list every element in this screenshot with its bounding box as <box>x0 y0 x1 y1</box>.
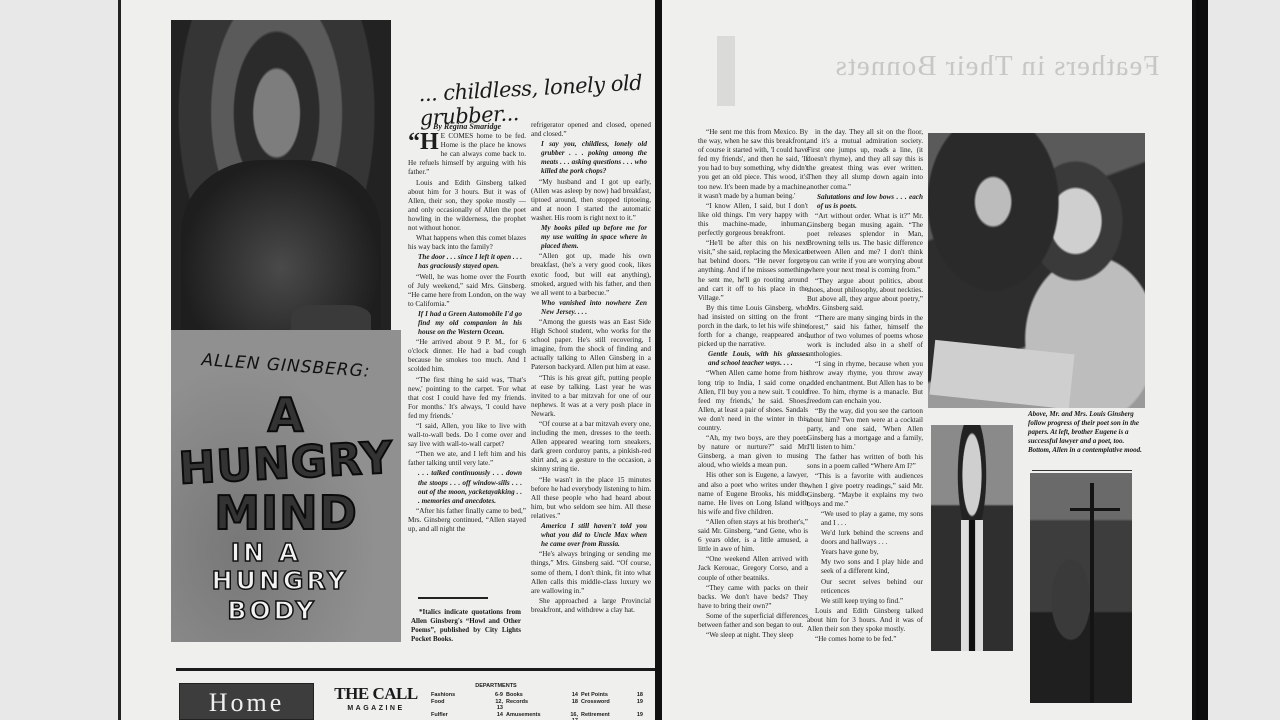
paragraph: “I said, Allen, you like to live with wa… <box>408 422 526 449</box>
paragraph: refrigerator opened and closed, opened a… <box>531 121 651 139</box>
paragraph: “He'll be after this on his next visit,”… <box>698 239 808 303</box>
bleed-through-title: Feathers in Their Bonnets <box>782 50 1196 83</box>
eugene-brooks-photo <box>931 425 1013 651</box>
poem-line: “We used to play a game, my sons and I .… <box>807 510 923 528</box>
sign-line-a: A <box>171 392 401 438</box>
poem-quote: My books piled up before me for my use w… <box>531 224 651 251</box>
paragraph: “After his father finally came to bed,” … <box>408 507 526 534</box>
masthead-rule <box>176 668 658 671</box>
home-section-box: Home <box>179 683 314 720</box>
paragraph: “He comes home to be fed.” <box>807 635 923 644</box>
paragraph: “He wasn't in the place 15 minutes befor… <box>531 476 651 521</box>
poem-quote: Salutations and low bows . . . each of u… <box>807 193 923 211</box>
bleed-through-block <box>717 36 735 106</box>
department-name: Retirement <box>581 712 631 720</box>
paragraph: “We sleep at night. They sleep <box>698 631 808 640</box>
paragraph: The father has written of both his sons … <box>807 453 923 471</box>
department-name: Crossword <box>581 699 631 711</box>
poem-quote: I say you, childless, lonely old grubber… <box>531 140 651 176</box>
paragraph: “When Allen came home from his long trip… <box>698 369 808 433</box>
poem-line: We still keep trying to find.” <box>807 597 923 606</box>
article-column-1: By Regina Smaridge “HE COMES home to be … <box>408 122 526 535</box>
home-label: Home <box>180 684 313 720</box>
departments-index: Fashions 6-9 Books 14 Pet Points 18 Food… <box>431 692 646 720</box>
poem-quote: Who vanished into nowhere Zen New Jersey… <box>531 299 651 317</box>
paragraph: “The first thing he said was, 'That's ne… <box>408 376 526 421</box>
paragraph: She approached a large Provincial breakf… <box>531 597 651 615</box>
paragraph: “By the way, did you see the cartoon abo… <box>807 407 923 452</box>
scan-border-right <box>1196 0 1208 720</box>
pole-shape <box>1090 483 1094 703</box>
magazine-title: THE CALL <box>331 684 421 704</box>
paragraph: “Allen got up, made his own breakfast, (… <box>531 252 651 297</box>
department-pages: 19 <box>631 712 646 720</box>
paragraph: “They argue about politics, about shoes,… <box>807 277 923 313</box>
newspaper-page-left: ALLEN GINSBERG: A HUNGRY MIND IN A HUNGR… <box>118 0 658 720</box>
paragraph: Louis and Edith Ginsberg talked about hi… <box>408 179 526 234</box>
sign-line-in-a: IN A <box>151 540 381 565</box>
newspaper-in-photo <box>930 340 1075 408</box>
shirt-tie-shape <box>961 520 983 651</box>
department-name: Records <box>506 699 566 711</box>
sign-line-hungry: HUNGRY <box>170 436 402 492</box>
paragraph: His other son is Eugene, a lawyer, and a… <box>698 471 808 516</box>
department-pages: 18 <box>631 692 646 698</box>
drop-cap: “H <box>408 132 439 152</box>
article-column-3: “He sent me this from Mexico. By the way… <box>698 128 808 641</box>
parents-photo <box>928 133 1145 408</box>
paragraph: “I sing in rhyme, because when you throw… <box>807 360 923 405</box>
crossbar-shape <box>1070 508 1120 511</box>
department-name: Fashions <box>431 692 491 698</box>
caption-rule <box>1032 470 1132 471</box>
poem-quote: If I had a Green Automobile I'd go find … <box>408 310 526 337</box>
poem-quote: America I still haven't told you what yo… <box>531 522 651 549</box>
paragraph: “This is a favorite with audiences when … <box>807 472 923 508</box>
paragraph: “He sent me this from Mexico. By the way… <box>698 128 808 201</box>
paragraph: “Of course at a bar mitzvah every one, i… <box>531 420 651 475</box>
hungry-mind-sign: ALLEN GINSBERG: A HUNGRY MIND IN A HUNGR… <box>171 330 401 642</box>
paragraph: Louis and Edith Ginsberg talked about hi… <box>807 607 923 634</box>
paragraph: “This is his great gift, putting people … <box>531 374 651 419</box>
paragraph: “Among the guests was an East Side High … <box>531 318 651 373</box>
magazine-subtitle: MAGAZINE <box>331 705 421 712</box>
sign-line-body: BODY <box>157 598 387 623</box>
department-pages: 19 <box>631 699 646 711</box>
sign-line-mind: MIND <box>171 490 401 536</box>
photo-caption: Above, Mr. and Mrs. Louis Ginsberg follo… <box>1028 410 1144 455</box>
department-name: Amusements <box>506 712 566 720</box>
lead-paragraph: “HE COMES home to be fed. Home is the pl… <box>408 132 526 177</box>
departments-heading: DEPARTMENTS <box>451 683 541 689</box>
paragraph: “Allen often stays at his brother's,” sa… <box>698 518 808 554</box>
sign-name: ALLEN GINSBERG: <box>171 348 402 384</box>
paragraph: “Well, he was home over the Fourth of Ju… <box>408 273 526 309</box>
department-pages: 14 <box>566 692 581 698</box>
sign-line-hungry-2: HUNGRY <box>165 568 395 593</box>
paragraph: “My husband and I got up early, (Allen w… <box>531 178 651 223</box>
italics-footnote: *Italics indicate quotations from Allen … <box>411 608 521 644</box>
document-viewer: ALLEN GINSBERG: A HUNGRY MIND IN A HUNGR… <box>0 0 1280 720</box>
paragraph: “I know Allen, I said, but I don't like … <box>698 202 808 238</box>
poem-quote: Gentle Louis, with his glasses and schoo… <box>698 350 808 368</box>
department-name: Fulfler <box>431 712 491 720</box>
paragraph: “They came with packs on their backs. We… <box>698 584 808 611</box>
paragraph: Some of the superficial differences betw… <box>698 612 808 630</box>
paragraph: What happens when this comet blazes his … <box>408 234 526 252</box>
paragraph: “He arrived about 9 P. M., for 6 o'clock… <box>408 338 526 374</box>
department-pages: 14 <box>491 712 506 720</box>
poem-quote: . . . talked continuously . . . down the… <box>408 469 526 505</box>
paragraph: “Then we ate, and I left him and his fat… <box>408 450 526 468</box>
department-name: Food <box>431 699 491 711</box>
department-pages: 16, 17 <box>566 712 581 720</box>
column-divider <box>418 597 488 599</box>
department-pages: 18 <box>566 699 581 711</box>
department-pages: 6-9 <box>491 692 506 698</box>
department-name: Pet Points <box>581 692 631 698</box>
paragraph: “There are many singing birds in the for… <box>807 314 923 359</box>
paragraph: “He's always bringing or sending me thin… <box>531 550 651 595</box>
paragraph: “Ah, my two boys, are they poets by natu… <box>698 434 808 470</box>
article-column-2: refrigerator opened and closed, opened a… <box>531 121 651 616</box>
allen-ginsberg-photo <box>171 20 391 330</box>
hands-shape <box>291 305 371 330</box>
newspaper-page-right: Feathers in Their Bonnets “He sent me th… <box>662 0 1196 720</box>
department-name: Books <box>506 692 566 698</box>
poem-line: Our secret selves behind our reticences <box>807 578 923 596</box>
poem-line: My two sons and I play hide and seek of … <box>807 558 923 576</box>
poem-line: Years have gone by, <box>807 548 923 557</box>
paragraph: “One weekend Allen arrived with Jack Ker… <box>698 555 808 582</box>
paragraph: By this time Louis Ginsberg, who had ins… <box>698 304 808 349</box>
allen-contemplative-photo <box>1030 473 1132 703</box>
paragraph: “Art without order. What is it?” Mr. Gin… <box>807 212 923 276</box>
poem-line: We'd lurk behind the screens and doors a… <box>807 529 923 547</box>
department-pages: 12, 13 <box>491 699 506 711</box>
paragraph: in the day. They all sit on the floor, a… <box>807 128 923 192</box>
poem-quote: The door . . . since I left it open . . … <box>408 253 526 271</box>
article-column-4: in the day. They all sit on the floor, a… <box>807 128 923 645</box>
